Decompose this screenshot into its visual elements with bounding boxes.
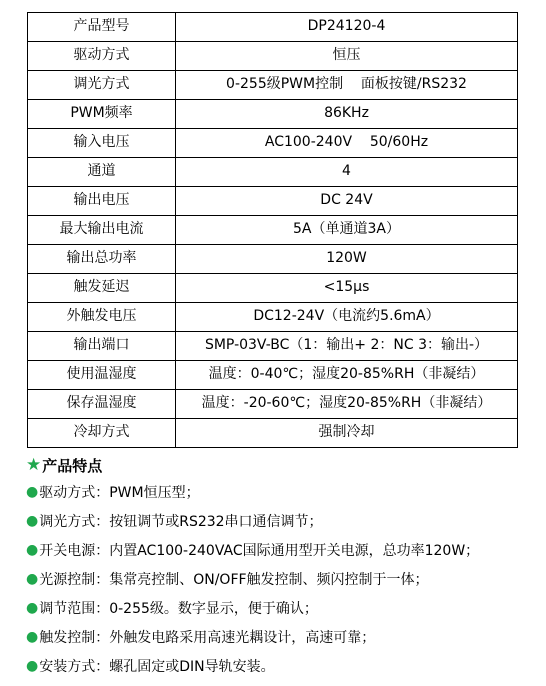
table-row: 使用温湿度 温度：0-40℃；湿度20-85%RH（非凝结） xyxy=(28,361,518,390)
spec-value-cell: 5A（单通道3A） xyxy=(176,216,518,245)
feature-item: ● 开关电源：内置AC100-240VAC国际通用型开关电源，总功率120W； xyxy=(26,535,531,564)
table-row: 调光方式 0-255级PWM控制 面板按键/RS232 xyxy=(28,71,518,100)
feature-item: ● 驱动方式：PWM恒压型； xyxy=(26,477,531,506)
features-section: ★ 产品特点 ● 驱动方式：PWM恒压型； ● 调光方式：按钮调节或RS232串… xyxy=(26,453,531,680)
feature-item-text: 驱动方式：PWM恒压型； xyxy=(39,482,199,502)
spec-table: 产品型号 DP24120-4 驱动方式 恒压 调光方式 0-255级PWM控制 … xyxy=(27,12,518,448)
star-icon: ★ xyxy=(26,457,41,474)
table-row: 输入电压 AC100-240V 50/60Hz xyxy=(28,129,518,158)
table-row: 保存温湿度 温度：-20-60℃；湿度20-85%RH（非凝结） xyxy=(28,390,518,419)
product-spec-page: 产品型号 DP24120-4 驱动方式 恒压 调光方式 0-255级PWM控制 … xyxy=(0,0,546,686)
features-heading: ★ 产品特点 xyxy=(26,453,531,477)
features-list: ● 驱动方式：PWM恒压型； ● 调光方式：按钮调节或RS232串口通信调节； … xyxy=(26,477,531,680)
table-row: 输出电压 DC 24V xyxy=(28,187,518,216)
table-row: 冷却方式 强制冷却 xyxy=(28,419,518,448)
bullet-icon: ● xyxy=(26,485,38,499)
table-row: 输出总功率 120W xyxy=(28,245,518,274)
table-row: 输出端口 SMP-03V-BC（1：输出+ 2：NC 3：输出-） xyxy=(28,332,518,361)
spec-label-cell: 通道 xyxy=(28,158,176,187)
spec-value-cell: 120W xyxy=(176,245,518,274)
bullet-icon: ● xyxy=(26,630,38,644)
spec-value-cell: 强制冷却 xyxy=(176,419,518,448)
spec-label-cell: 产品型号 xyxy=(28,13,176,42)
feature-item-text: 调光方式：按钮调节或RS232串口通信调节； xyxy=(39,511,322,531)
table-row: PWM频率 86KHz xyxy=(28,100,518,129)
spec-value-cell: <15μs xyxy=(176,274,518,303)
table-row: 通道 4 xyxy=(28,158,518,187)
spec-label-cell: 使用温湿度 xyxy=(28,361,176,390)
feature-item: ● 调节范围：0-255级。数字显示，便于确认； xyxy=(26,593,531,622)
spec-label-cell: 触发延迟 xyxy=(28,274,176,303)
spec-table-body: 产品型号 DP24120-4 驱动方式 恒压 调光方式 0-255级PWM控制 … xyxy=(28,13,518,448)
feature-item: ● 安装方式：螺孔固定或DIN导轨安装。 xyxy=(26,651,531,680)
spec-value-cell: 4 xyxy=(176,158,518,187)
spec-label-cell: 调光方式 xyxy=(28,71,176,100)
table-row: 外触发电压 DC12-24V（电流约5.6mA） xyxy=(28,303,518,332)
spec-value-cell: DP24120-4 xyxy=(176,13,518,42)
spec-label-cell: 外触发电压 xyxy=(28,303,176,332)
table-row: 触发延迟 <15μs xyxy=(28,274,518,303)
feature-item-text: 安装方式：螺孔固定或DIN导轨安装。 xyxy=(39,656,274,676)
bullet-icon: ● xyxy=(26,601,38,615)
spec-value-cell: 0-255级PWM控制 面板按键/RS232 xyxy=(176,71,518,100)
spec-label-cell: PWM频率 xyxy=(28,100,176,129)
spec-label-cell: 输出电压 xyxy=(28,187,176,216)
feature-item-text: 光源控制：集常亮控制、ON/OFF触发控制、频闪控制于一体； xyxy=(39,569,428,589)
spec-label-cell: 输出端口 xyxy=(28,332,176,361)
spec-label-cell: 输入电压 xyxy=(28,129,176,158)
spec-value-cell: 温度：0-40℃；湿度20-85%RH（非凝结） xyxy=(176,361,518,390)
spec-value-cell: DC12-24V（电流约5.6mA） xyxy=(176,303,518,332)
feature-item: ● 光源控制：集常亮控制、ON/OFF触发控制、频闪控制于一体； xyxy=(26,564,531,593)
spec-value-cell: 温度：-20-60℃；湿度20-85%RH（非凝结） xyxy=(176,390,518,419)
feature-item-text: 触发控制：外触发电路采用高速光耦设计，高速可靠； xyxy=(39,627,375,647)
spec-value-cell: 86KHz xyxy=(176,100,518,129)
table-row: 最大输出电流 5A（单通道3A） xyxy=(28,216,518,245)
spec-label-cell: 输出总功率 xyxy=(28,245,176,274)
feature-item: ● 调光方式：按钮调节或RS232串口通信调节； xyxy=(26,506,531,535)
spec-label-cell: 驱动方式 xyxy=(28,42,176,71)
bullet-icon: ● xyxy=(26,543,38,557)
spec-value-cell: 恒压 xyxy=(176,42,518,71)
bullet-icon: ● xyxy=(26,572,38,586)
table-row: 产品型号 DP24120-4 xyxy=(28,13,518,42)
spec-label-cell: 保存温湿度 xyxy=(28,390,176,419)
bullet-icon: ● xyxy=(26,659,38,673)
feature-item-text: 调节范围：0-255级。数字显示，便于确认； xyxy=(39,598,318,618)
spec-value-cell: DC 24V xyxy=(176,187,518,216)
bullet-icon: ● xyxy=(26,514,38,528)
features-heading-label: 产品特点 xyxy=(42,455,102,476)
spec-label-cell: 最大输出电流 xyxy=(28,216,176,245)
spec-value-cell: AC100-240V 50/60Hz xyxy=(176,129,518,158)
spec-label-cell: 冷却方式 xyxy=(28,419,176,448)
spec-value-cell: SMP-03V-BC（1：输出+ 2：NC 3：输出-） xyxy=(176,332,518,361)
table-row: 驱动方式 恒压 xyxy=(28,42,518,71)
feature-item: ● 触发控制：外触发电路采用高速光耦设计，高速可靠； xyxy=(26,622,531,651)
feature-item-text: 开关电源：内置AC100-240VAC国际通用型开关电源，总功率120W； xyxy=(39,540,479,560)
